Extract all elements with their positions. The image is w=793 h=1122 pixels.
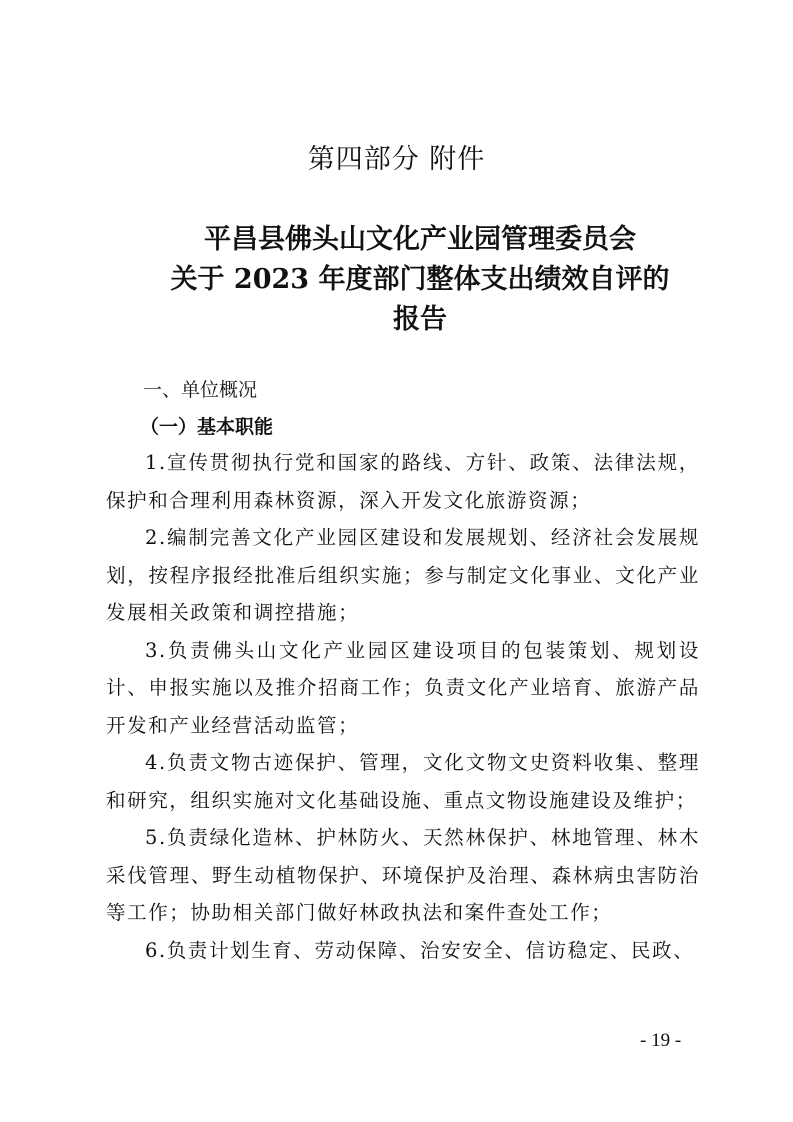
page-number: - 19 - (640, 1030, 681, 1052)
paragraph: 1.宣传贯彻执行党和国家的路线、方针、政策、法律法规，保护和合理利用森林资源，深… (106, 444, 700, 519)
report-title-line-3: 报告 (160, 300, 680, 340)
body-text: 1.宣传贯彻执行党和国家的路线、方针、政策、法律法规，保护和合理利用森林资源，深… (106, 444, 700, 969)
part-title: 第四部分 附件 (0, 142, 793, 178)
report-title-line-1: 平昌县佛头山文化产业园管理委员会 (160, 220, 680, 260)
paragraph: 6.负责计划生育、劳动保障、治安安全、信访稳定、民政、 (106, 932, 700, 970)
section-heading: 一、单位概况 (143, 375, 257, 405)
paragraph: 5.负责绿化造林、护林防火、天然林保护、林地管理、林木采伐管理、野生动植物保护、… (106, 819, 700, 932)
paragraph: 3.负责佛头山文化产业园区建设项目的包装策划、规划设计、申报实施以及推介招商工作… (106, 632, 700, 745)
paragraph: 2.编制完善文化产业园区建设和发展规划、经济社会发展规划，按程序报经批准后组织实… (106, 519, 700, 632)
report-title-line-2: 关于 2023 年度部门整体支出绩效自评的 (160, 260, 680, 300)
document-page: 第四部分 附件 平昌县佛头山文化产业园管理委员会 关于 2023 年度部门整体支… (0, 0, 793, 1122)
paragraph: 4.负责文物古迹保护、管理，文化文物文史资料收集、整理和研究，组织实施对文化基础… (106, 744, 700, 819)
report-title: 平昌县佛头山文化产业园管理委员会 关于 2023 年度部门整体支出绩效自评的 报… (160, 220, 680, 340)
subsection-heading: （一）基本职能 (140, 412, 273, 442)
